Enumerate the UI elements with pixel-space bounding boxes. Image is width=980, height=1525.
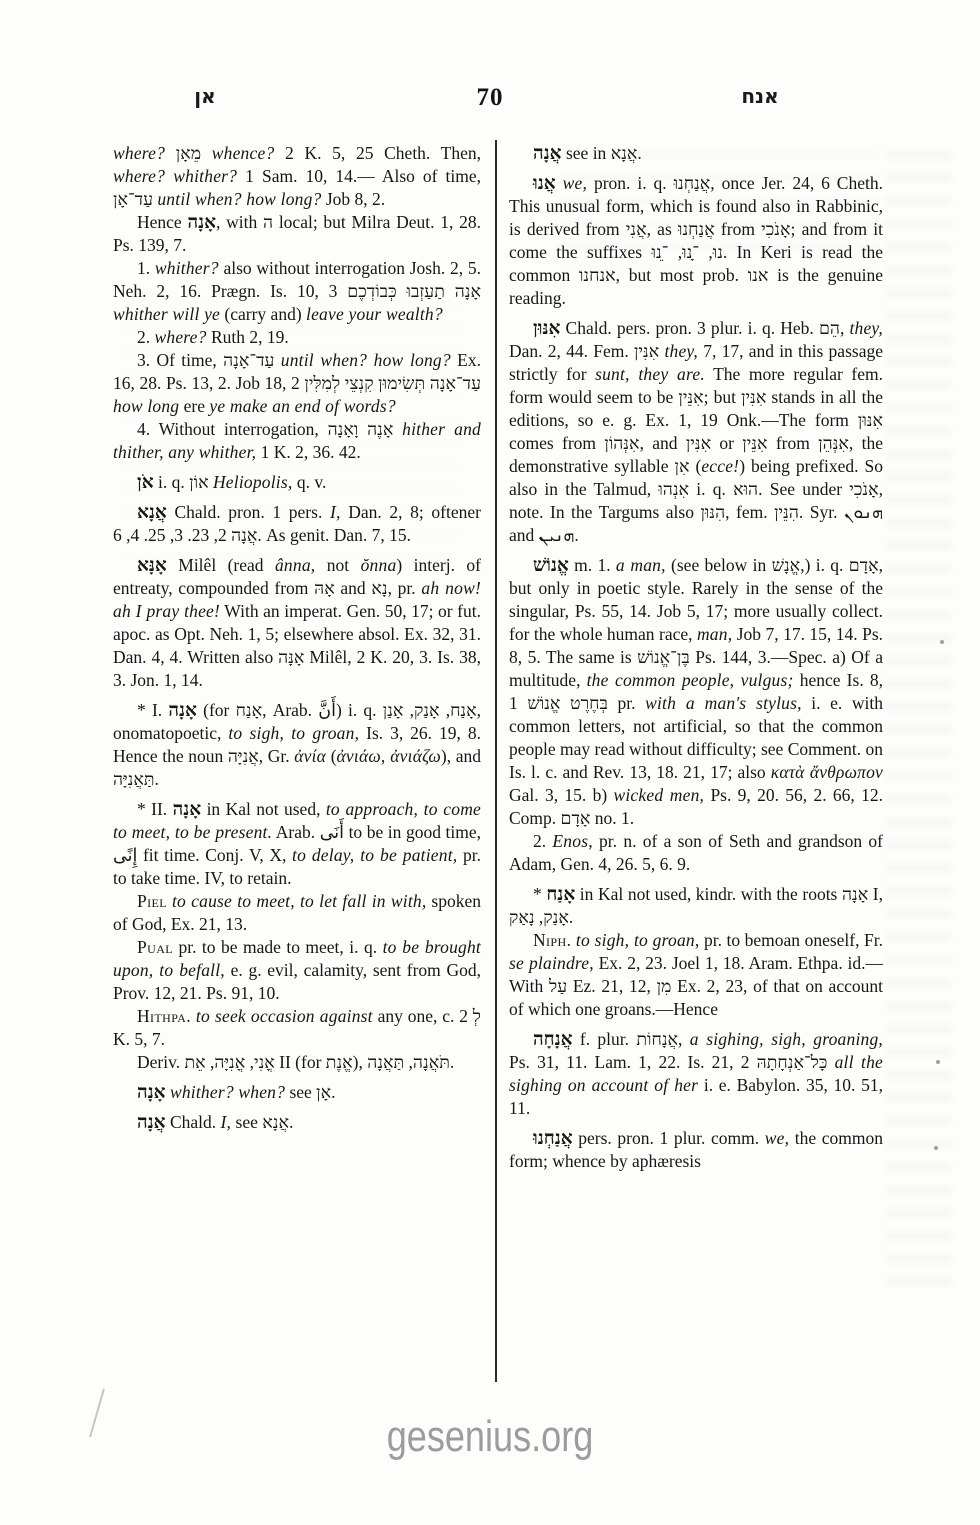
watermark-text: gesenius.org xyxy=(88,1412,892,1462)
running-head: אן 70 אנח xyxy=(0,84,980,124)
running-head-right-keyword: אנח xyxy=(700,84,820,108)
running-head-left-keyword: אן xyxy=(150,84,260,108)
entry-anach-root: * אָנַח in Kal not used, kindr. with the… xyxy=(509,883,883,929)
entry-anah-chald: אֲנָה Chald. I, see אֲנָא. xyxy=(113,1111,481,1134)
scan-bleedthrough-left xyxy=(120,300,460,560)
entry-anachah-sigh: אֲנָחָה f. plur. אֲנָחוֹת, a sighing, si… xyxy=(509,1028,883,1120)
entry-anna-interj: אָנָּא Milêl (read ânna, not ŏnna) inter… xyxy=(113,554,481,692)
p-niph: Niph. to sigh, to groan, pr. to bemoan o… xyxy=(509,929,883,1021)
entry-anah-I: * I. אָנָה (for אָנַח, Arab. أَنَّ) i. q… xyxy=(113,699,481,791)
column-divider-rule xyxy=(495,140,497,1382)
entry-innun-chald: אִנּוּן Chald. pers. pron. 3 plur. i. q.… xyxy=(509,317,883,547)
p-an-hence: Hence אָנָה, with ה local; but Milra Deu… xyxy=(113,211,481,257)
entry-anah-II: * II. אָנָה in Kal not used, to approach… xyxy=(113,798,481,890)
left-column: where? מֵאָן whence? 2 K. 5, 25 Cheth. T… xyxy=(113,142,481,1134)
scan-bleedthrough-right xyxy=(886,150,952,1300)
lexicon-page: אן 70 אנח where? מֵאָן whence? 2 K. 5, 2… xyxy=(0,0,980,1525)
p-hithpa: Hithpa. to seek occasion against any one… xyxy=(113,1005,481,1051)
entry-enosh-man: אֱנוֹשׁ m. 1. a man, (see below in אֱנָש… xyxy=(509,554,883,830)
entry-anachnu-we: אֲנַחְנוּ pers. pron. 1 plur. comm. we, … xyxy=(509,1127,883,1173)
scan-speck xyxy=(936,1060,940,1064)
p-an-continuation: where? מֵאָן whence? 2 K. 5, 25 Cheth. T… xyxy=(113,142,481,211)
right-column: אֲנָה see in אֲנָא. אֲנוּ we, pron. i. q… xyxy=(509,142,883,1173)
page-number: 70 xyxy=(440,84,540,112)
entry-anah-whither: אָנָה whither? when? see אָן. xyxy=(113,1081,481,1104)
p-piel: Piel to cause to meet, to let fall in wi… xyxy=(113,890,481,936)
p-pual: Pual pr. to be made to meet, i. q. to be… xyxy=(113,936,481,1005)
scan-speck xyxy=(940,640,944,644)
p-derivatives: Deriv. אֳנִי, אֳנִיָּה, אֵת II (for אֱנֶ… xyxy=(113,1051,481,1074)
scan-bleedthrough-top xyxy=(560,150,880,270)
scan-speck xyxy=(934,1146,938,1150)
p-enos-proper-name: 2. Enos, pr. n. of a son of Seth and gra… xyxy=(509,830,883,876)
